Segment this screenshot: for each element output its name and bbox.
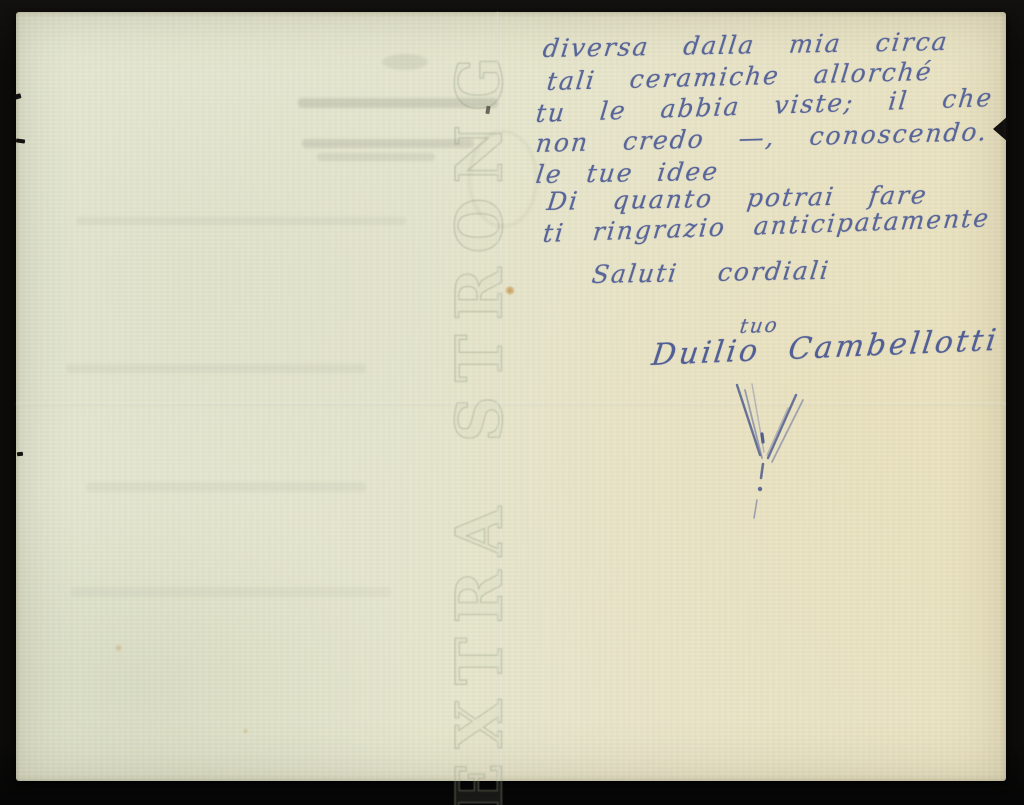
text-showthrough: [66, 364, 366, 373]
handwriting-line: diversa dalla mia circa: [541, 29, 950, 61]
foxing-spot: [242, 728, 249, 734]
pen-flourish-marks: [716, 372, 836, 532]
scanner-background: EXTRA STRONG diversa dalla mia circa tal…: [0, 0, 1024, 805]
letter-page: EXTRA STRONG diversa dalla mia circa tal…: [16, 12, 1006, 781]
edge-mark: [17, 452, 23, 457]
text-showthrough: [86, 482, 366, 492]
text-showthrough: [76, 217, 406, 225]
closing-line: Saluti cordiali: [590, 258, 831, 287]
edge-mark: [16, 138, 25, 143]
torn-edge-notch: [993, 116, 1008, 142]
letterhead-showthrough: [382, 54, 428, 70]
foxing-spot: [114, 644, 123, 652]
text-showthrough: [71, 587, 391, 597]
edge-mark: [13, 93, 21, 100]
paper-watermark: EXTRA STRONG: [443, 42, 518, 805]
signature: Duilio Cambellotti: [650, 326, 1001, 371]
vertical-fold-crease: [496, 12, 499, 781]
handwriting-line: le tue idee: [534, 159, 720, 187]
horizontal-fold-crease: [16, 403, 1006, 406]
letterhead-showthrough: [317, 153, 435, 161]
foxing-spot: [505, 286, 515, 295]
